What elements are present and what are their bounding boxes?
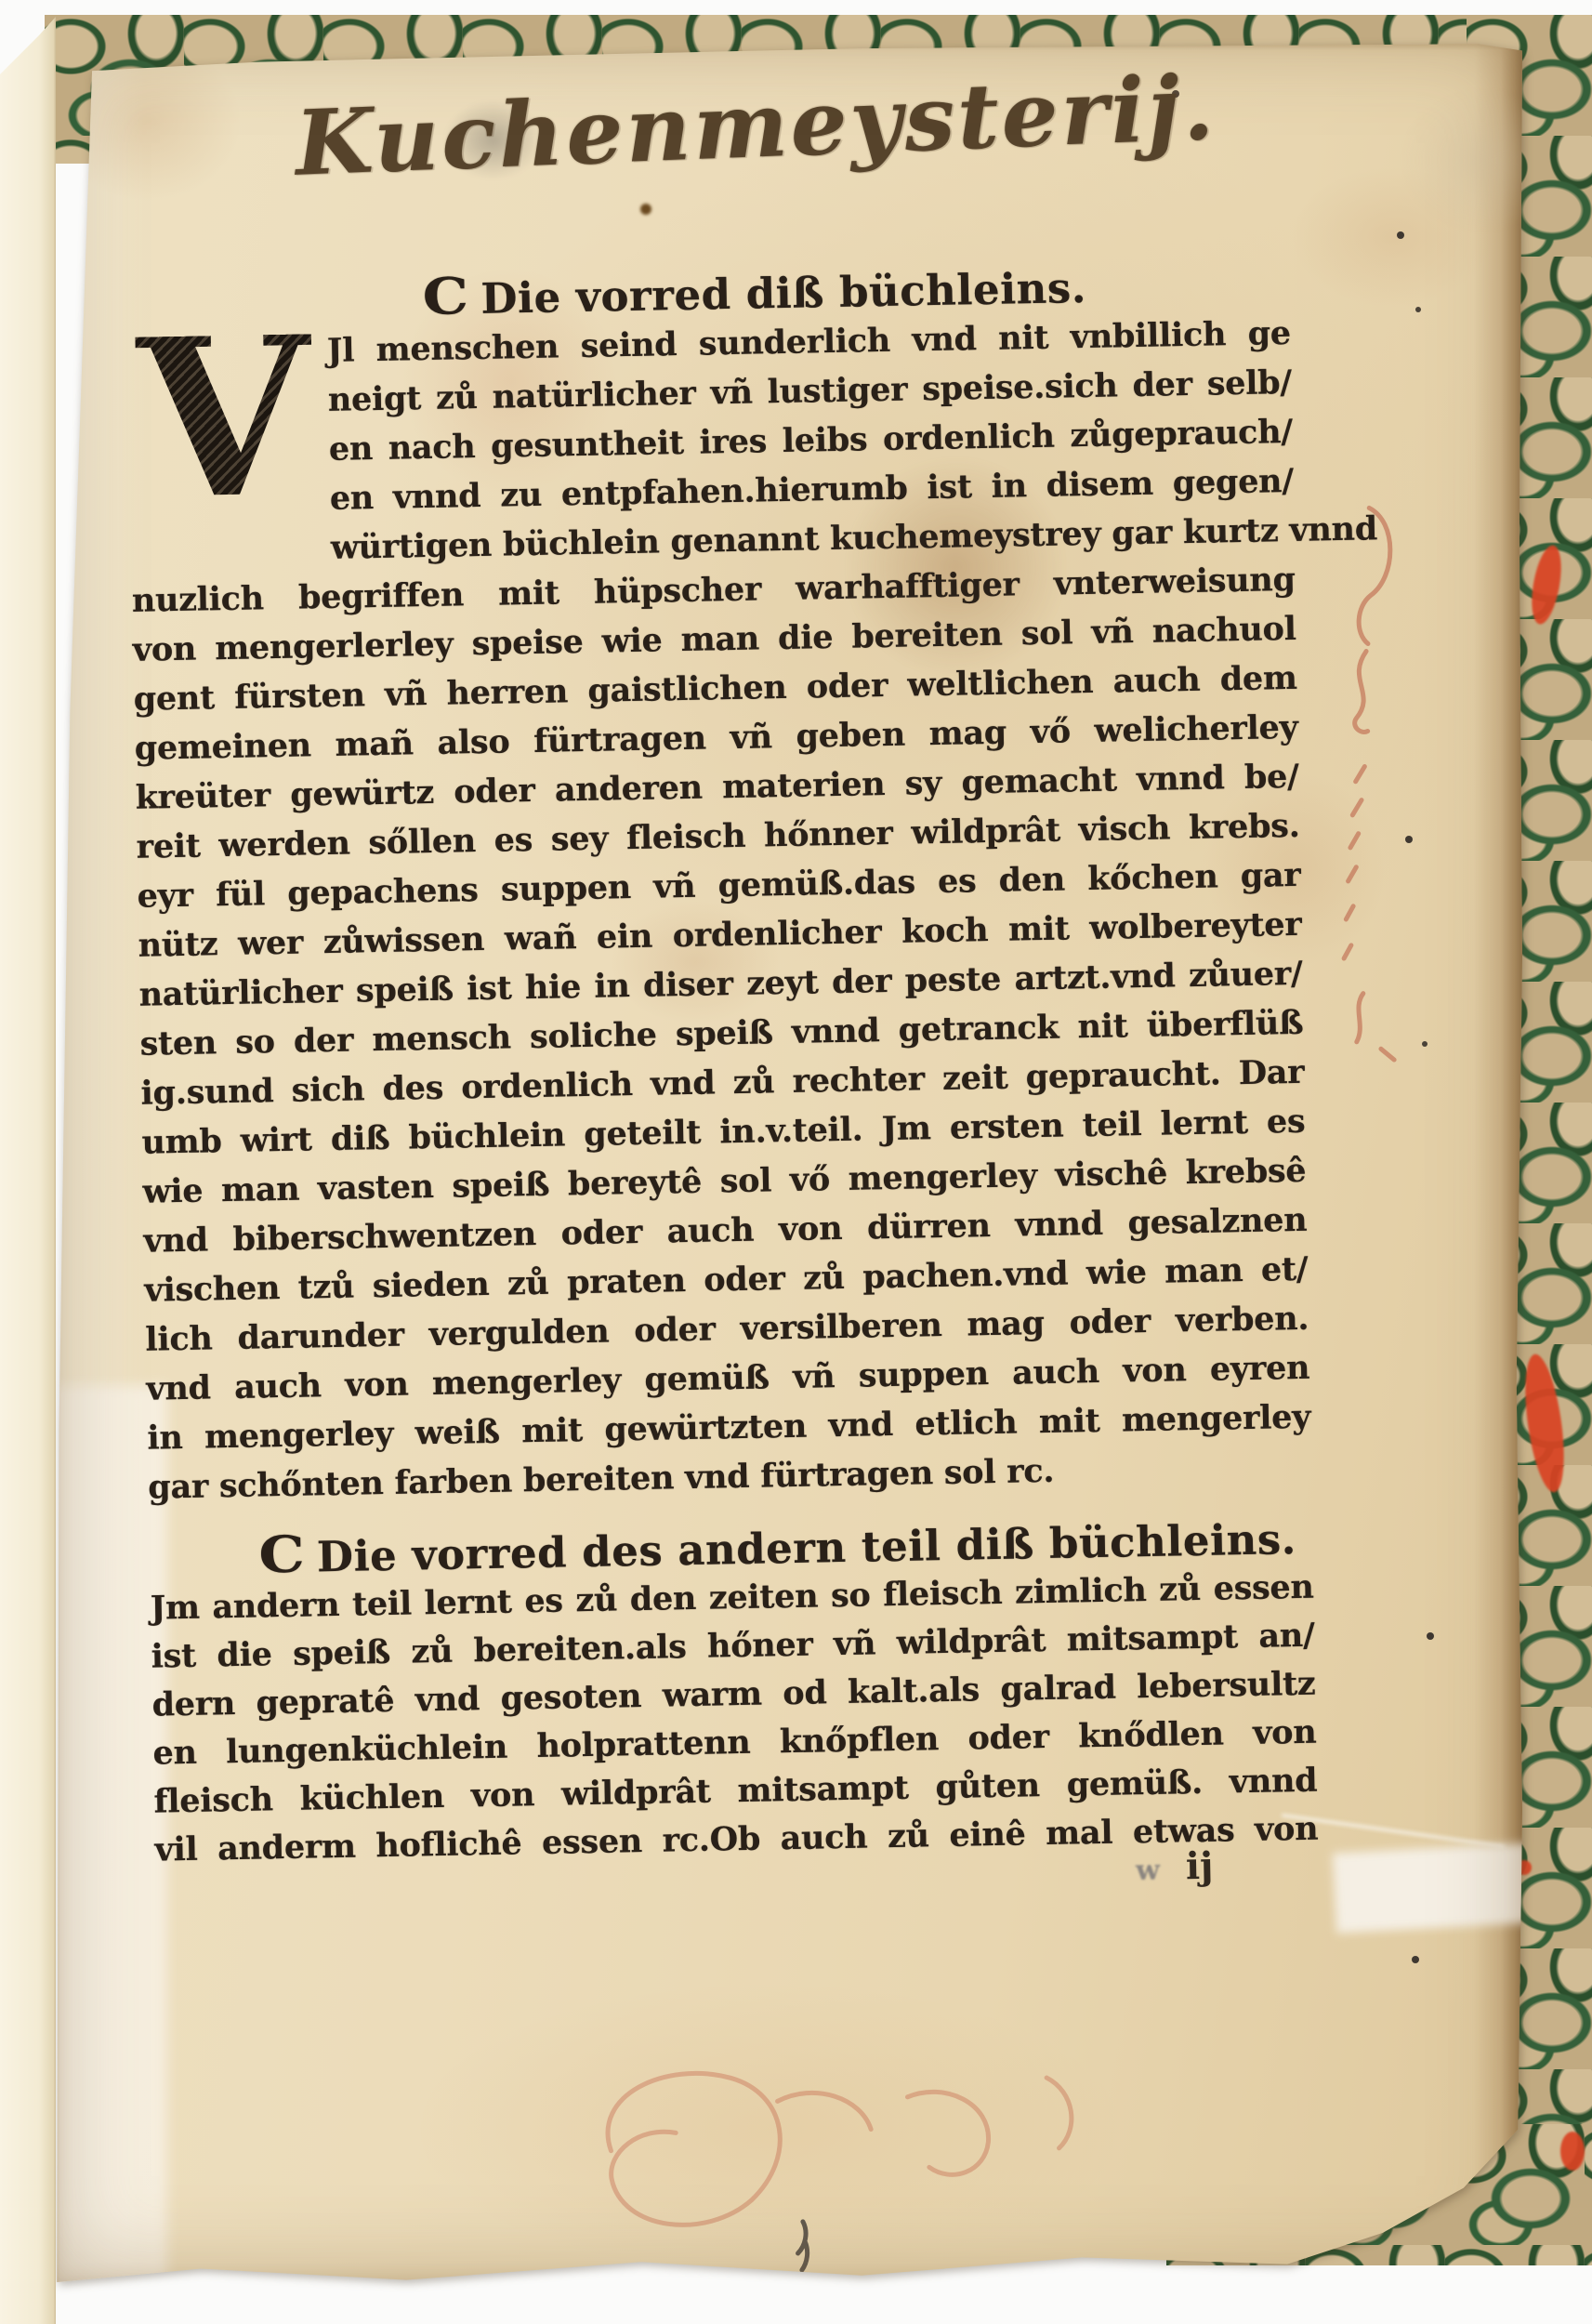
pilcrow-mark: C <box>422 266 469 326</box>
signature-mark: ij <box>1185 1844 1214 1889</box>
book-page: Kuchenmeysterij. CDie vorred diß büchlei… <box>54 37 1522 2282</box>
handwritten-title: Kuchenmeysterij. <box>294 55 1208 195</box>
pilcrow-mark: C <box>258 1525 306 1585</box>
signature-line: wij <box>1136 1842 1322 1890</box>
printed-content: Kuchenmeysterij. CDie vorred diß büchlei… <box>33 24 1543 2296</box>
bottom-ink-scribble <box>470 2040 1107 2302</box>
page-wrapper: Kuchenmeysterij. CDie vorred diß büchlei… <box>0 0 1592 2324</box>
book-photo: Kuchenmeysterij. CDie vorred diß büchlei… <box>0 0 1592 2324</box>
marginal-ink-scribble <box>1315 490 1428 1068</box>
drop-cap-initial: V <box>127 334 322 528</box>
signature-smudge: w <box>1136 1855 1160 1887</box>
preface-text-block-2: Jm andern teil lernt es zů den zeiten so… <box>150 1564 1319 1875</box>
flyleaf-edge <box>0 17 56 2324</box>
preface-text-block-1: V Jl menschen seind sunderlich vnd nit v… <box>127 309 1312 1512</box>
